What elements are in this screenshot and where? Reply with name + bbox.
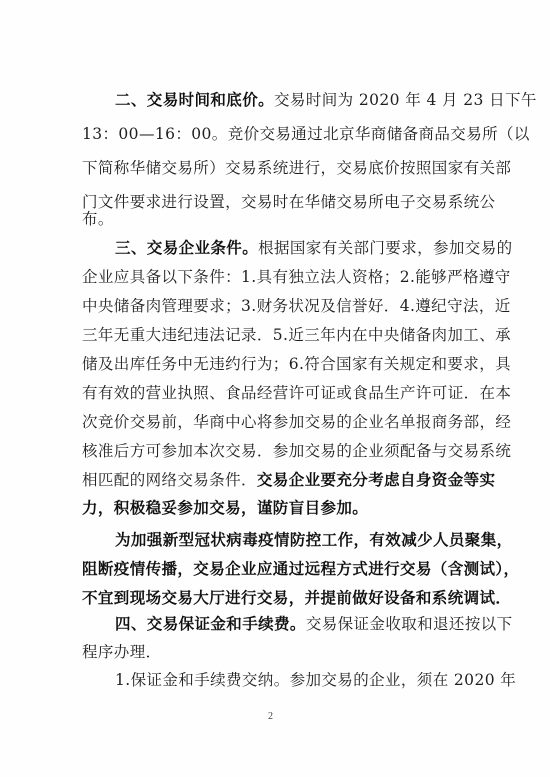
- text-line: 二、交易时间和底价。交易时间为 2020 年 4 月 23 日下午: [115, 89, 480, 111]
- text-line: 四、交易保证金和手续费。交易保证金收取和退还按以下: [115, 613, 480, 635]
- emphasis-text: 力，积极稳妥参加交易，谨防盲目参加。: [82, 499, 368, 517]
- text-line: 1.保证金和手续费交纳。参加交易的企业，须在 2020 年: [115, 669, 480, 691]
- emphasis-text: 阻断疫情传播，交易企业应通过远程方式进行交易（含测试），: [82, 560, 519, 578]
- text-line: 核准后方可参加本次交易．参加交易的企业须配备与交易系统: [82, 440, 480, 462]
- section-heading: 二、交易时间和底价。: [115, 91, 274, 109]
- emphasis-text: 为加强新型冠状病毒疫情防控工作，有效减少人员聚集，: [115, 531, 513, 549]
- text-line: 次竞价交易前，华商中心将参加交易的企业名单报商务部，经: [82, 411, 480, 433]
- text-line: 储及出库任务中无违约行为；6.符合国家有关规定和要求，具: [82, 353, 480, 375]
- text-line: 13：00—16：00。竞价交易通过北京华商储备商品交易所（以: [82, 123, 480, 145]
- emphasis-text: 不宜到现场交易大厅进行交易，并提前做好设备和系统调试．: [82, 589, 511, 607]
- line-text: 根据国家有关部门要求，参加交易的: [258, 239, 512, 257]
- text-line: 为加强新型冠状病毒疫情防控工作，有效减少人员聚集，: [115, 529, 480, 551]
- text-line: 力，积极稳妥参加交易，谨防盲目参加。: [82, 497, 480, 519]
- emphasis-text: 交易企业要充分考虑自身资金等实: [257, 471, 496, 489]
- line-text: 相匹配的网络交易条件．: [82, 471, 257, 489]
- section-heading: 四、交易保证金和手续费。: [115, 615, 306, 633]
- section-heading: 三、交易企业条件。: [115, 239, 258, 257]
- text-line: 布。: [82, 208, 480, 230]
- text-line: 三年无重大违纪违法记录．5.近三年内在中央储备肉加工、承: [82, 324, 480, 346]
- text-line: 中央储备肉管理要求；3.财务状况及信誉好．4.遵纪守法，近: [82, 295, 480, 317]
- text-line: 企业应具备以下条件：1.具有独立法人资格；2.能够严格遵守: [82, 266, 480, 288]
- document-page: 二、交易时间和底价。交易时间为 2020 年 4 月 23 日下午 13：00—…: [0, 0, 550, 777]
- text-line: 有有效的营业执照、食品经营许可证或食品生产许可证．在本: [82, 382, 480, 404]
- text-line: 三、交易企业条件。根据国家有关部门要求，参加交易的: [115, 237, 480, 259]
- page-number: 2: [268, 711, 273, 722]
- line-text: 交易时间为 2020 年 4 月 23 日下午: [274, 91, 537, 109]
- text-line: 下简称华储交易所）交易系统进行，交易底价按照国家有关部: [82, 157, 480, 179]
- line-text: 交易保证金收取和退还按以下: [306, 615, 513, 633]
- text-line: 程序办理．: [82, 641, 480, 663]
- text-line: 不宜到现场交易大厅进行交易，并提前做好设备和系统调试．: [82, 587, 480, 609]
- text-line: 阻断疫情传播，交易企业应通过远程方式进行交易（含测试），: [82, 558, 480, 580]
- text-line: 相匹配的网络交易条件．交易企业要充分考虑自身资金等实: [82, 469, 480, 491]
